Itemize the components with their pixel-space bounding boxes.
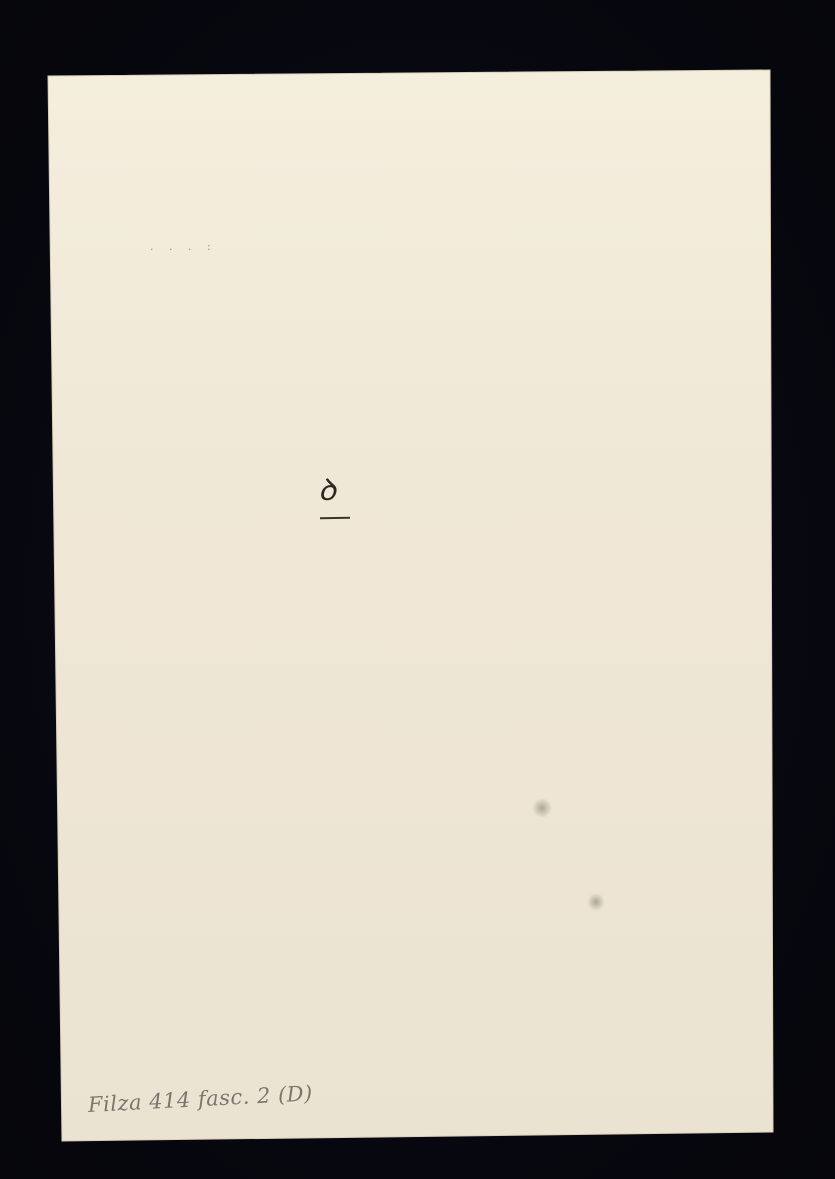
center-letter-mark: ꝺ xyxy=(318,476,336,506)
paper-stain xyxy=(587,893,605,911)
paper-sheet: . . . : ꝺ Filza 414 fasc. 2 (D) xyxy=(0,0,835,1179)
faint-pencil-marks: . . . : xyxy=(150,240,217,253)
paper-stain xyxy=(532,798,552,818)
paper-shape xyxy=(0,0,835,1179)
